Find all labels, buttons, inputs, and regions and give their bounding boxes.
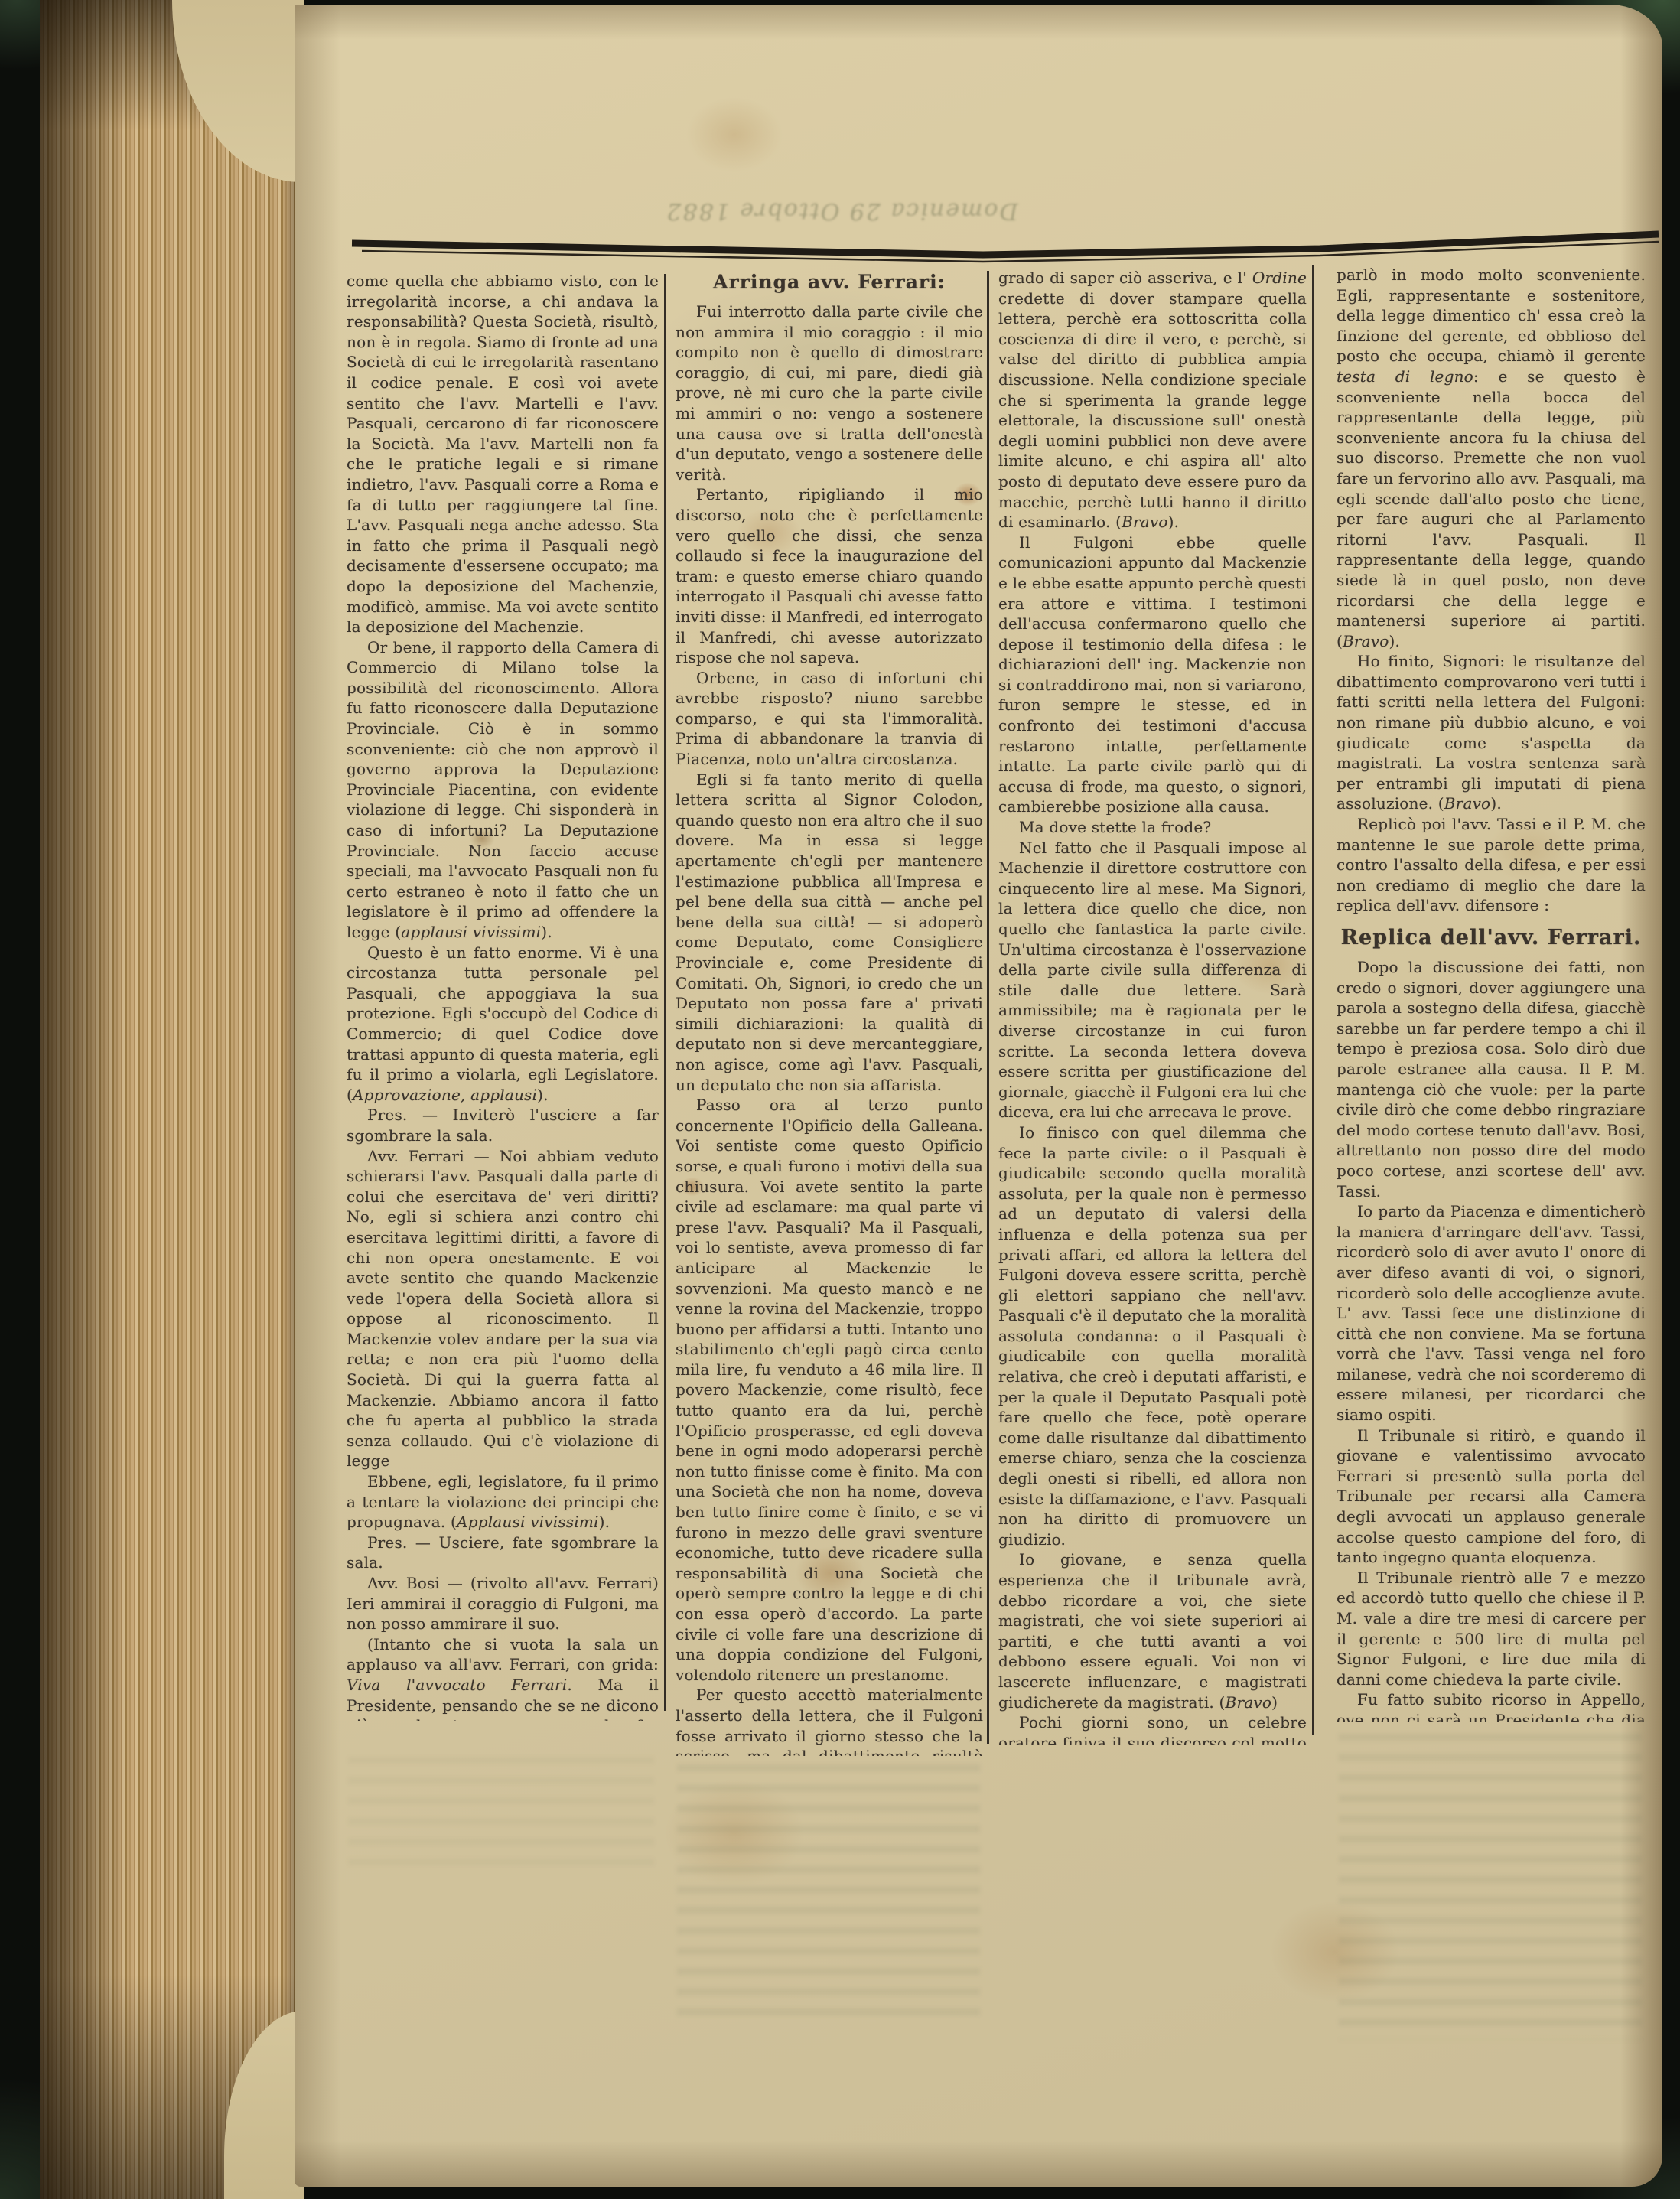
paragraph: Ebbene, egli, legislatore, fu il primo a… xyxy=(347,1471,659,1533)
paragraph: Ma dove stette la frode? xyxy=(998,817,1307,838)
paragraph: Il Tribunale si ritirò, e quando il giov… xyxy=(1337,1425,1646,1568)
paragraph: Io giovane, e senza quella esperienza ch… xyxy=(998,1549,1307,1712)
paragraph: Il Tribunale rientrò alle 7 e mezzo ed a… xyxy=(1337,1568,1646,1690)
paragraph: come quella che abbiamo visto, con le ir… xyxy=(347,271,659,637)
column-3: grado di saper ciò asseriva, e l' Ordine… xyxy=(998,268,1307,1745)
paragraph: Dopo la discussione dei fatti, non credo… xyxy=(1337,957,1646,1201)
paragraph: Passo ora al terzo punto concernente l'O… xyxy=(676,1095,983,1685)
newspaper-page: Domenica 29 Ottobre 1882 come quella che… xyxy=(295,5,1662,2187)
section-heading: Replica dell'avv. Ferrari. xyxy=(1337,927,1646,950)
paragraph: Per questo accettò materialmente l'asser… xyxy=(676,1685,983,1756)
paragraph: Or bene, il rapporto della Camera di Com… xyxy=(347,637,659,943)
masthead-rule xyxy=(295,5,1662,269)
column-1: come quella che abbiamo visto, con le ir… xyxy=(347,271,659,1721)
showthrough-text-smudge xyxy=(677,1764,980,2017)
paragraph: Pres. — Inviterò l'usciere a far sgombra… xyxy=(347,1105,659,1145)
paragraph: Io finisco con quel dilemma che fece la … xyxy=(998,1122,1307,1549)
paragraph: Avv. Ferrari — Noi abbiam veduto schiera… xyxy=(347,1146,659,1472)
column-4: parlò in modo molto sconveniente. Egli, … xyxy=(1337,265,1646,1722)
paragraph: Fui interrotto dalla parte civile che no… xyxy=(676,301,983,484)
paragraph: Nel fatto che il Pasquali impose al Mach… xyxy=(998,838,1307,1122)
paragraph: Questo è un fatto enorme. Vi è una circo… xyxy=(347,943,659,1106)
column-divider-3 xyxy=(1312,265,1314,1735)
photo-background: Domenica 29 Ottobre 1882 come quella che… xyxy=(0,0,1680,2199)
paragraph: parlò in modo molto sconveniente. Egli, … xyxy=(1337,265,1646,651)
column-2: Arringa avv. Ferrari:Fui interrotto dall… xyxy=(676,268,983,1756)
paragraph: Egli si fa tanto merito di quella letter… xyxy=(676,770,983,1096)
paragraph: Io parto da Piacenza e dimenticherò la m… xyxy=(1337,1201,1646,1425)
paragraph: grado di saper ciò asseriva, e l' Ordine… xyxy=(998,268,1307,533)
paragraph: Pertanto, ripigliando il mio discorso, n… xyxy=(676,484,983,667)
column-divider-2 xyxy=(987,271,989,1744)
showthrough-dateline: Domenica 29 Ottobre 1882 xyxy=(551,197,1132,224)
showthrough-text-smudge xyxy=(1339,1734,1642,2040)
paragraph: Il Fulgoni ebbe quelle comunicazioni app… xyxy=(998,533,1307,817)
paragraph: Avv. Bosi — (rivolto all'avv. Ferrari) I… xyxy=(347,1573,659,1634)
paragraph: Replicò poi l'avv. Tassi e il P. M. che … xyxy=(1337,814,1646,916)
column-divider-1 xyxy=(664,274,666,1711)
paragraph: (Intanto che si vuota la sala un applaus… xyxy=(347,1634,659,1721)
paragraph: Orbene, in caso di infortuni chi avrebbe… xyxy=(676,668,983,770)
paragraph: Fu fatto subito ricorso in Appello, ove … xyxy=(1337,1689,1646,1722)
showthrough-text-smudge xyxy=(348,1757,654,1872)
paragraph: Pochi giorni sono, un celebre oratore fi… xyxy=(998,1712,1307,1745)
paragraph: Pres. — Usciere, fate sgombrare la sala. xyxy=(347,1533,659,1573)
book-page-edges xyxy=(40,0,304,2199)
paragraph: Ho finito, Signori: le risultanze del di… xyxy=(1337,651,1646,814)
section-heading: Arringa avv. Ferrari: xyxy=(676,271,983,294)
